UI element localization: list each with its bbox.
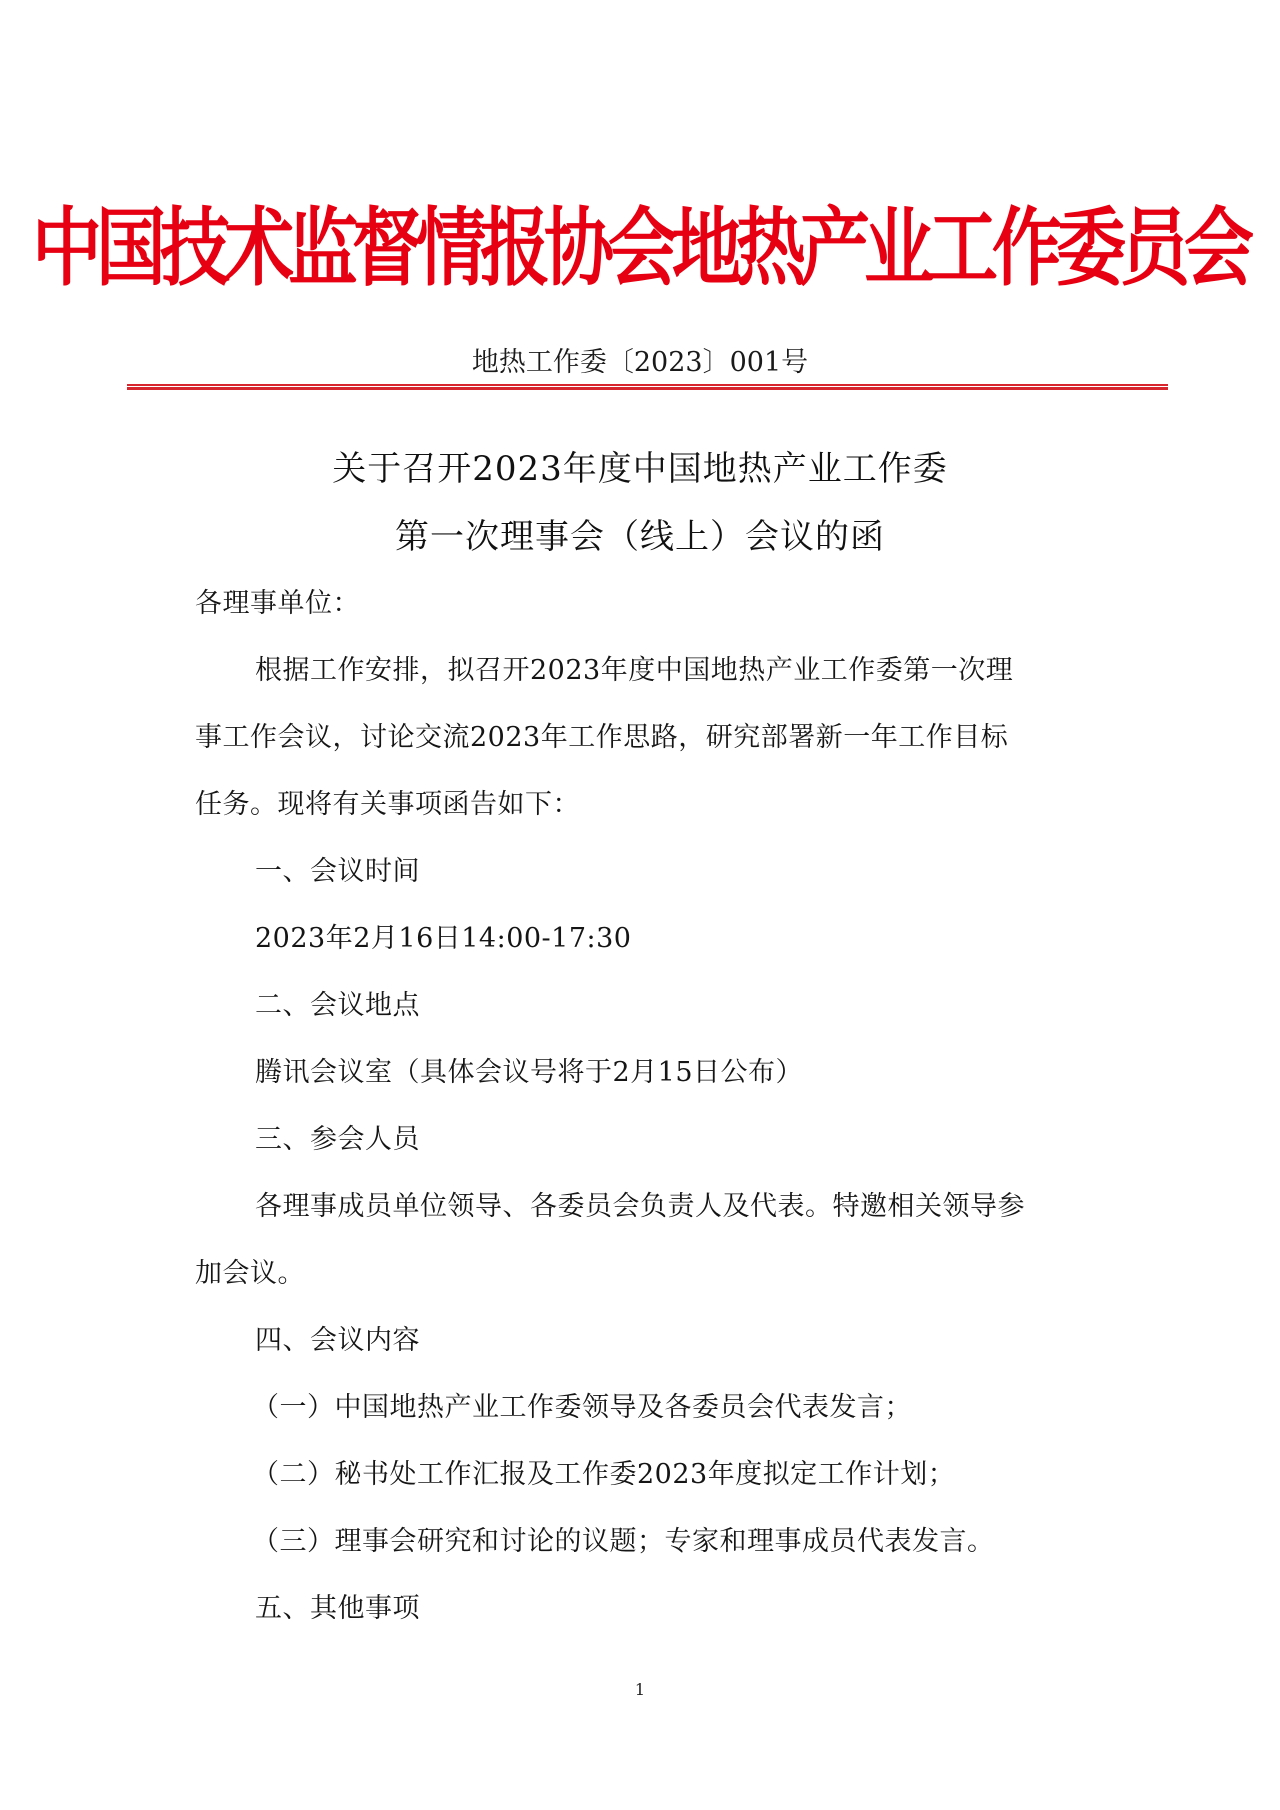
organization-masthead: 中国技术监督情报协会地热产业工作委员会 bbox=[0, 180, 1280, 303]
intro-paragraph-line-3: 任务。现将有关事项函告如下： bbox=[195, 782, 580, 821]
document-number: 地热工作委〔2023〕001号 bbox=[0, 340, 1280, 379]
red-rule-thin-line bbox=[127, 384, 1168, 386]
agenda-item-3: （三）理事会研究和讨论的议题；专家和理事成员代表发言。 bbox=[252, 1519, 995, 1558]
red-rule-thick-line bbox=[127, 387, 1168, 390]
section-heading-location: 二、会议地点 bbox=[255, 983, 420, 1022]
attendees-line-1: 各理事成员单位领导、各委员会负责人及代表。特邀相关领导参 bbox=[255, 1184, 1025, 1223]
agenda-item-2: （二）秘书处工作汇报及工作委2023年度拟定工作计划； bbox=[252, 1452, 955, 1491]
document-title-line-2: 第一次理事会（线上）会议的函 bbox=[0, 509, 1280, 558]
page-number: 1 bbox=[0, 1680, 1280, 1699]
red-divider-rule bbox=[127, 384, 1168, 390]
section-heading-content: 四、会议内容 bbox=[255, 1318, 420, 1357]
attendees-line-2: 加会议。 bbox=[195, 1251, 305, 1290]
section-heading-other: 五、其他事项 bbox=[255, 1586, 420, 1625]
intro-paragraph-line-1: 根据工作安排，拟召开2023年度中国地热产业工作委第一次理 bbox=[255, 648, 1013, 687]
section-heading-attendees: 三、参会人员 bbox=[255, 1117, 420, 1156]
meeting-location-value: 腾讯会议室（具体会议号将于2月15日公布） bbox=[255, 1050, 803, 1089]
meeting-time-value: 2023年2月16日14:00-17:30 bbox=[255, 916, 632, 955]
section-heading-time: 一、会议时间 bbox=[255, 849, 420, 888]
intro-paragraph-line-2: 事工作会议，讨论交流2023年工作思路，研究部署新一年工作目标 bbox=[195, 715, 1008, 754]
salutation: 各理事单位： bbox=[195, 581, 360, 620]
document-title-line-1: 关于召开2023年度中国地热产业工作委 bbox=[0, 441, 1280, 490]
agenda-item-1: （一）中国地热产业工作委领导及各委员会代表发言； bbox=[252, 1385, 912, 1424]
